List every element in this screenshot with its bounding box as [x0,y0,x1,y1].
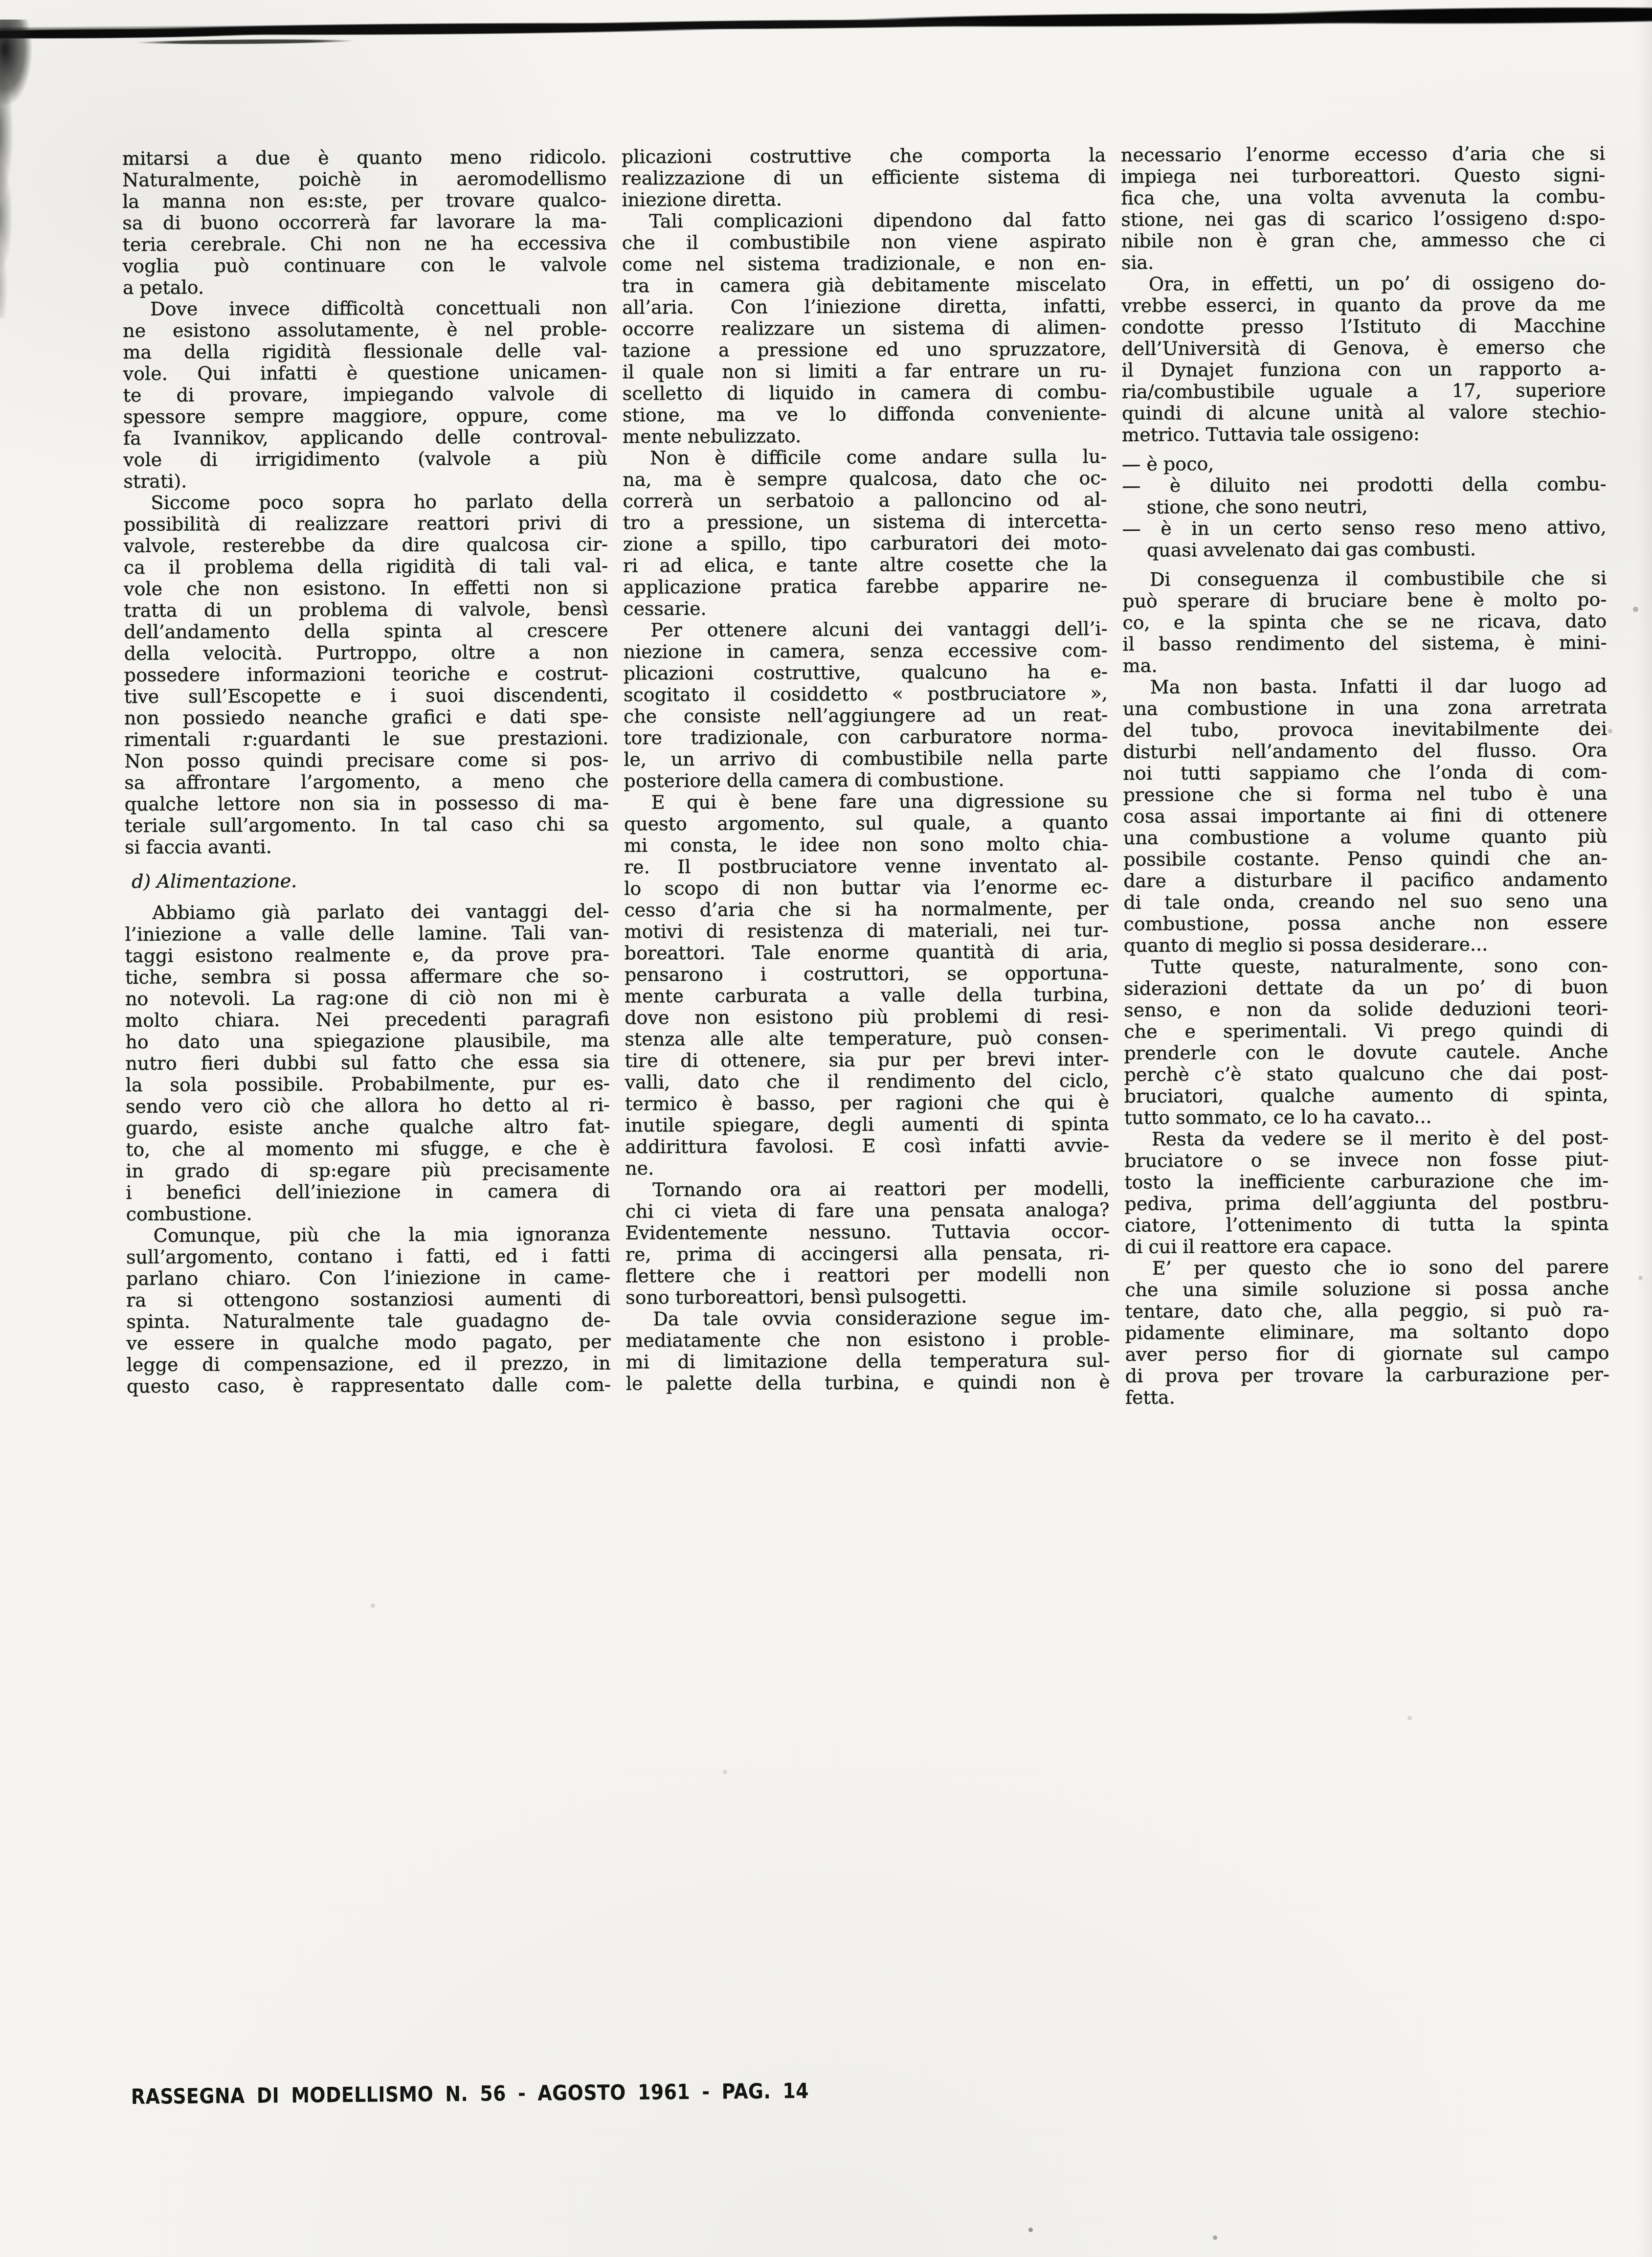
text-line: ciatore, l’ottenimento di tutta la spint… [1125,1213,1609,1236]
text-line: il basso rendimento del sistema, è mini- [1122,632,1607,655]
paragraph: Ora, in effetti, un po’ di ossigeno do-v… [1121,271,1606,445]
page-footer: RASSEGNA DI MODELLISMO N. 56 - AGOSTO 19… [131,2079,809,2109]
text-line: sull’argomento, contano i fatti, ed i fa… [126,1245,610,1268]
section-heading: d) Alimentazione. [132,869,609,892]
text-line: Da tale ovvia considerazione segue im- [625,1307,1110,1330]
text-line: voglia può continuare con le valvole [123,254,607,277]
paragraph: E qui è bene fare una digressione suques… [624,790,1110,1179]
text-line: Naturalmente, poichè in aeromodellismo [122,168,606,191]
text-line: bruciatori, qualche aumento di spinta, [1124,1083,1608,1106]
text-line: addirittura favolosi. E così infatti avv… [625,1134,1109,1157]
text-line: le palette della turbina, e quindi non è [626,1371,1110,1394]
list-item: — è in un certo senso reso meno attivo,q… [1122,516,1607,561]
text-line: combustione. [126,1202,610,1225]
text-line: boreattori. Tale enorme quantità di aria… [625,941,1109,964]
text-line: il Dynajet funziona con un rapporto a- [1122,358,1606,381]
text-line: tutto sommato, ce lo ha cavato... [1124,1105,1608,1128]
text-line: bruciatore o se invece non fosse piut- [1124,1148,1608,1171]
text-line: mediatamente che non esistono i proble- [625,1328,1110,1351]
text-line: che il combustibile non viene aspirato [622,230,1106,253]
text-line: strati). [123,469,607,492]
text-line: niezione in camera, senza eccessive com- [624,639,1108,662]
paragraph: Per ottenere alcuni dei vantaggi dell’i-… [623,618,1108,791]
text-line: dare a disturbare il pacifico andamento [1123,868,1607,891]
text-line: sia. [1121,250,1606,273]
text-line: una combustione a volume quanto più [1123,825,1607,848]
text-line: iniezione diretta. [622,187,1106,210]
text-line: mi consta, le idee non sono molto chia- [624,833,1108,856]
text-line: Abbiamo già parlato dei vantaggi del- [125,901,609,924]
text-line: l’iniezione a valle delle lamine. Tali v… [125,922,609,945]
text-line: possibilità di realizzare reattori privi… [124,512,608,535]
text-line: tore tradizionale, con carburatore norma… [624,725,1108,748]
text-line: rimentali r:guardanti le sue prestazioni… [124,727,608,750]
text-line: combustione, possa anche non essere [1123,911,1607,934]
text-line: spinta. Naturalmente tale guadagno de- [126,1309,610,1332]
text-line: cosa assai importante ai fini di ottener… [1123,804,1607,827]
text-line: valvole, resterebbe da dire qualcosa cir… [124,534,608,557]
text-line: stenza alle alte temperature, può consen… [625,1027,1109,1050]
text-line: aver perso fior di giornate sul campo [1125,1342,1609,1365]
text-line: del tubo, provoca inevitabilmente dei [1123,718,1607,741]
text-line: ne esistono assolutamente, è nel proble- [123,318,607,341]
text-line: stione, ma ve lo diffonda conveniente- [623,403,1107,426]
text-line: possedere informazioni teoriche e costru… [124,663,608,686]
text-line: taggi esistono realmente e, da prove pra… [125,944,609,967]
text-line: pensarono i costruttori, se opportuna- [625,962,1109,985]
text-line: sa di buono occorrerà far lavorare la ma… [122,211,606,234]
text-line: scelletto di liquido in camera di combu- [623,381,1107,404]
text-line: ho dato una spiegazione plausibile, ma [125,1030,609,1053]
text-line: questo argomento, sul quale, a quanto [624,812,1108,835]
paragraph: Siccome poco sopra ho parlato dellapossi… [123,491,609,858]
list-item: — è diluito nei prodotti della combu-sti… [1122,473,1606,518]
text-line: Ora, in effetti, un po’ di ossigeno do- [1121,271,1606,294]
article-text-block: mitarsi a due è quanto meno ridicolo.Nat… [0,142,1652,148]
text-line: quindi di alcune unità al valore stechio… [1122,401,1606,424]
text-line: che consiste nell’aggiungere ad un reat- [624,704,1108,727]
text-line: fica che, una volta avvenuta la combu- [1121,185,1605,208]
paragraph: Non è difficile come andare sulla lu-na,… [623,446,1107,619]
text-line: tratta di un problema di valvole, bensì [124,598,608,621]
text-line: disturbi nell’andamento del flusso. Ora [1123,739,1607,762]
text-line: vrebbe esserci, in quanto da prove da me [1121,293,1606,316]
text-line: nibile non è gran che, ammesso che ci [1121,228,1606,251]
scan-speckles [0,0,2,2]
text-line: no notevoli. La rag:one di ciò non mi è [125,987,609,1010]
text-line: co, e la spinta che se ne ricava, dato [1122,610,1607,633]
text-line: tazione a pressione ed uno spruzzatore, [622,338,1106,361]
text-line: to, che al momento mi sfugge, e che è [126,1137,610,1160]
text-line: teriale sull’argomento. In tal caso chi … [125,813,609,836]
text-line: dove non esistono più problemi di resi- [625,1005,1109,1028]
text-line: cesso d’aria che si ha normalmente, per [624,898,1108,921]
text-line: plicazioni costruttive che comporta la [622,144,1106,167]
text-line: ra si ottengono sostanziosi aumenti di [126,1288,610,1311]
text-line: sa affrontare l’argomento, a meno che [124,770,608,793]
text-line: realizzazione di un efficiente sistema d… [622,166,1106,189]
text-line: Di conseguenza il combustibile che si [1122,567,1607,590]
paragraph: Tornando ora ai reattori per modelli,chi… [625,1177,1110,1308]
text-line: il quale non si limiti a far entrare un … [623,360,1107,383]
text-line: di prova per trovare la carburazione per… [1125,1363,1609,1386]
text-line: na, ma è sempre qualcosa, dato che oc- [623,467,1107,490]
text-line: fa Ivannikov, applicando delle controval… [123,426,607,449]
paragraph: Di conseguenza il combustibile che sipuò… [1122,567,1607,676]
text-line: della velocità. Purtroppo, oltre a non [124,641,608,664]
text-line: tra in camera già debitamente miscelato [622,273,1106,296]
text-line: dell’andamento della spinta al crescere [124,620,608,643]
text-line: le, un arrivo di combustibile nella part… [624,747,1108,770]
text-line: Per ottenere alcuni dei vantaggi dell’i- [623,618,1107,641]
text-line: ma. [1123,653,1607,676]
text-line: Tali complicazioni dipendono dal fatto [622,209,1106,232]
text-line: una combustione in una zona arretrata [1123,696,1607,719]
text-line: occorre realizzare un sistema di alimen- [622,316,1106,339]
text-line: Dove invece difficoltà concettuali non [123,297,607,320]
text-line: perchè c’è stato qualcuno che dai post- [1124,1062,1608,1085]
text-line: ca il problema della rigidità di tali va… [124,555,608,578]
text-line: mi di limitazione della temperatura sul- [626,1350,1110,1373]
text-line: — è in un certo senso reso meno attivo, [1147,516,1607,539]
text-line: spessore sempre maggiore, oppure, come [123,405,607,428]
text-line: plicazioni costruttive, qualcuno ha e- [624,661,1108,684]
text-line: in grado di sp:egare più precisamente [126,1159,610,1182]
text-line: pediva, prima dell’aggiunta del postbru- [1124,1191,1608,1214]
text-line: tire di ottenere, sia pur per brevi inte… [625,1048,1109,1071]
text-line: Non posso quindi precisare come si pos- [124,749,608,772]
text-line: ri ad elica, e tante altre cosette che l… [623,553,1107,576]
text-line: può sperare di bruciare bene è molto po- [1122,588,1607,611]
text-line: i benefici dell’iniezione in camera di [126,1180,610,1203]
paragraph: E’ per questo che io sono del parereche … [1125,1256,1609,1408]
text-line: quanto di meglio si possa desiderare... [1124,933,1608,956]
scan-artifact-top-streak [0,0,1652,48]
paragraph: Da tale ovvia considerazione segue im-me… [625,1307,1110,1394]
text-line: tro a pressione, un sistema di intercett… [623,510,1107,533]
text-line: Evidentemente nessuno. Tuttavia occor- [625,1220,1110,1243]
column-2: plicazioni costruttive che comporta lare… [622,144,1110,1394]
text-line: pidamente eliminare, ma soltanto dopo [1125,1320,1609,1343]
text-line: mitarsi a due è quanto meno ridicolo. [122,146,606,169]
text-line: — è diluito nei prodotti della combu- [1146,473,1606,496]
text-line: Siccome poco sopra ho parlato della [123,491,607,514]
text-line: tentare, dato che, alla peggio, si può r… [1125,1299,1609,1322]
text-line: lo scopo di non buttar via l’enorme ec- [624,876,1108,899]
text-line: Tutte queste, naturalmente, sono con- [1124,954,1608,977]
text-line: re. Il postbruciatore venne inventato al… [624,855,1108,878]
text-line: noi tutti sappiamo che l’onda di com- [1123,761,1607,784]
text-line: Resta da vedere se il merito è del post- [1124,1127,1608,1150]
text-line: necessario l’enorme eccesso d’aria che s… [1121,142,1605,165]
text-line: si faccia avanti. [125,835,609,858]
text-line: tive sull’Escopette e i suoi discendenti… [124,684,608,707]
paragraph: mitarsi a due è quanto meno ridicolo.Nat… [122,146,607,298]
paragraph: plicazioni costruttive che comporta lare… [622,144,1106,210]
text-line: ma della rigidità flessionale delle val- [123,340,607,363]
text-line: questo caso, è rappresentato dalle com- [127,1374,611,1397]
text-line: possibile costante. Penso quindi che an- [1123,847,1607,870]
text-line: motivi di resistenza di materiali, nei t… [625,919,1109,942]
text-line: te di provare, impiegando valvole di [123,383,607,406]
text-line: qualche lettore non sia in possesso di m… [125,792,609,815]
text-line: E’ per questo che io sono del parere [1125,1256,1609,1279]
text-line: stione, che sono neutri, [1147,495,1607,518]
text-line: posteriore della camera di combustione. [624,768,1108,791]
text-line: chi ci vieta di fare una pensata analoga… [625,1199,1110,1222]
text-line: non possiedo neanche grafici e dati spe- [124,706,608,729]
text-line: a petalo. [123,275,607,298]
text-line: che e sperimentali. Vi prego quindi di [1124,1019,1608,1042]
text-line: ne. [625,1156,1109,1179]
text-line: prenderle con le dovute cautele. Anche [1124,1040,1608,1063]
text-line: vole che non esistono. In effetti non si [124,577,608,600]
text-line: come nel sistema tradizionale, e non en- [622,252,1106,275]
paragraph: Comunque, più che la mia ignoranzasull’a… [126,1223,611,1397]
paragraph: Resta da vedere se il merito è del post-… [1124,1127,1609,1257]
text-line: inutile spiegare, degli aumenti di spint… [625,1113,1109,1136]
text-line: Ma non basta. Infatti il dar luogo ad [1123,675,1607,698]
text-line: mente carburata a valle della turbina, [625,984,1109,1007]
text-line: termico è basso, per ragioni che qui è [625,1091,1109,1114]
text-line: applicazione pratica farebbe apparire ne… [623,575,1107,598]
text-line: mente nebulizzato. [623,424,1107,447]
text-line: che una simile soluzione si possa anche [1125,1277,1609,1300]
text-line: metrico. Tuttavia tale ossigeno: [1122,422,1606,445]
text-line: scogitato il cosiddetto « postbruciatore… [624,682,1108,705]
text-line: d) Alimentazione. [132,869,609,892]
text-line: guardo, esiste anche qualche altro fat- [126,1116,610,1139]
text-line: la sola possibile. Probabilmente, pur es… [126,1073,610,1096]
text-line: ria/combustibile uguale a 17, superiore [1122,379,1606,402]
column-3: necessario l’enorme eccesso d’aria che s… [1121,142,1609,1408]
text-line: vole di irrigidimento (valvole a più [123,448,607,471]
text-line: fetta. [1125,1385,1609,1408]
text-line: sendo vero ciò che allora ho detto al ri… [126,1094,610,1117]
text-line: siderazioni dettate da un po’ di buon [1124,976,1608,999]
text-line: Tornando ora ai reattori per modelli, [625,1177,1109,1200]
text-line: vole. Qui infatti è questione unicamen- [123,361,607,384]
text-line: stione, nei gas di scarico l’ossigeno d:… [1121,207,1605,230]
paragraph: Tutte queste, naturalmente, sono con-sid… [1124,954,1608,1128]
text-line: tosto la inefficiente carburazione che i… [1124,1170,1608,1193]
text-line: senso, e non da solide deduzioni teori- [1124,997,1608,1020]
text-line: sono turboreattori, bensì pulsogetti. [625,1285,1110,1308]
paragraph: Dove invece difficoltà concettuali nonne… [123,297,607,492]
text-line: Comunque, più che la mia ignoranza [126,1223,610,1246]
text-line: dell’Università di Genova, è emerso che [1121,336,1606,359]
paragraph: Ma non basta. Infatti il dar luogo aduna… [1123,675,1608,956]
text-line: Non è difficile come andare sulla lu- [623,446,1107,469]
text-line: nutro fieri dubbi sul fatto che essa sia [125,1051,609,1074]
text-line: condotte presso l’Istituto di Macchine [1121,315,1606,338]
magazine-page-scan: mitarsi a due è quanto meno ridicolo.Nat… [0,0,1652,2257]
scan-artifact-left-blob [0,20,52,318]
paragraph: Tali complicazioni dipendono dal fattoch… [622,209,1107,447]
text-line: legge di compensazione, ed il prezzo, in [127,1353,611,1376]
text-line: di cui il reattore era capace. [1125,1234,1609,1257]
column-1: mitarsi a due è quanto meno ridicolo.Nat… [122,146,611,1397]
text-line: pressione che si forma nel tubo è una [1123,782,1607,805]
text-line: correrà un serbatoio a palloncino od al- [623,489,1107,512]
text-line: parlano chiaro. Con l’iniezione in came- [126,1266,610,1289]
text-line: cessarie. [623,596,1107,619]
text-line: quasi avvelenato dai gas combusti. [1147,538,1607,561]
text-line: tiche, sembra si possa affermare che so- [125,965,609,988]
paragraph: Abbiamo già parlato dei vantaggi del-l’i… [125,901,610,1225]
text-line: di tale onda, creando nel suo seno una [1123,890,1607,913]
text-line: flettere che i reattori per modelli non [625,1264,1110,1286]
text-line: valli, dato che il rendimento del ciclo, [625,1070,1109,1093]
text-line: zione a spillo, tipo carburatori dei mot… [623,532,1107,555]
text-line: re, prima di accingersi alla pensata, ri… [625,1242,1110,1265]
text-line: impiega nei turboreattori. Questo signi- [1121,164,1605,187]
text-line: ve essere in qualche modo pagato, per [126,1331,610,1354]
text-line: la manna non es:ste, per trovare qualco- [122,189,606,212]
text-line: E qui è bene fare una digressione su [624,790,1108,813]
paragraph: necessario l’enorme eccesso d’aria che s… [1121,142,1606,273]
text-line: molto chiara. Nei precedenti paragrafi [125,1008,609,1031]
list-item: — è poco, [1122,451,1606,474]
text-line: — è poco, [1146,451,1606,474]
text-line: all’aria. Con l’iniezione diretta, infat… [622,295,1106,318]
text-line: teria cerebrale. Chi non ne ha eccessiva [123,232,607,255]
